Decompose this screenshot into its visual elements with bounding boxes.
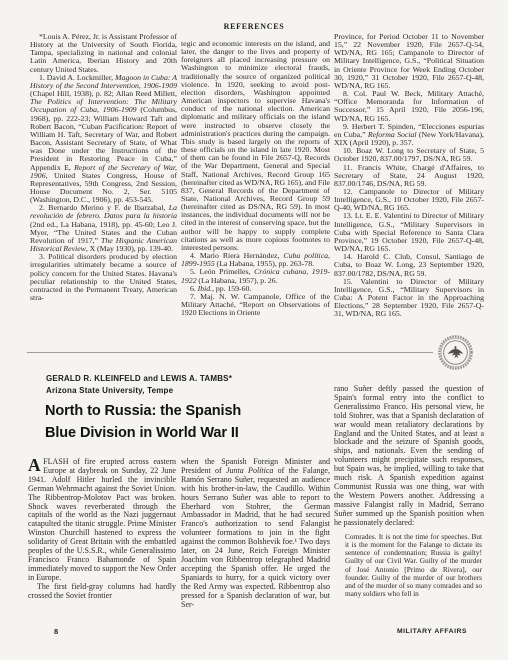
paragraph: 9. Herbert T. Spinden, “Elecciones espur… xyxy=(334,123,484,147)
paragraph: 10. Boaz W. Long to Secretary of State, … xyxy=(334,147,484,163)
section-divider-rule xyxy=(27,352,433,353)
paragraph: 11. Francis White, Chargé d'Affaires, to… xyxy=(334,164,484,188)
references-column-1: *Louis A. Pérez, Jr. is Assistant Profes… xyxy=(30,33,177,302)
paragraph: 8. Col. Paul W. Beck, Military Attaché, … xyxy=(334,90,484,123)
paragraph: 5. León Primelles, Crónica cubana, 1919-… xyxy=(181,268,330,284)
paragraph: 13. Lt. E. E. Valentini to Director of M… xyxy=(334,212,484,253)
article-body-column-3: rano Suñer deftly passed the question of… xyxy=(334,385,484,599)
article-title-line-1: North to Russia: the Spanish xyxy=(45,401,241,423)
article-body-column-1: AFLASH of fire erupted across eastern Eu… xyxy=(28,458,176,601)
drop-cap: A xyxy=(28,458,43,473)
paragraph: The first field-gray columns had hardly … xyxy=(28,583,176,601)
paragraph: Comrades. It is not the time for speeche… xyxy=(345,533,482,599)
paragraph: 12. Campanole to Director of Military In… xyxy=(334,188,484,212)
paragraph: 14. Harold C. Club, Consul, Santiago de … xyxy=(334,253,484,277)
paragraph: Province, for Period October 11 to Novem… xyxy=(334,33,484,90)
paragraph: 7. Maj. N. W. Campanole, Office of the M… xyxy=(181,293,330,317)
paragraph: 3. Political disorders produced by elect… xyxy=(30,253,177,302)
paragraph: AFLASH of fire erupted across eastern Eu… xyxy=(28,458,176,583)
paragraph: *Louis A. Pérez, Jr. is Assistant Profes… xyxy=(30,33,177,74)
paragraph: 4. Mario Riera Hernández, Cuba política,… xyxy=(181,252,330,268)
article-title-line-2: Blue Division in World War II xyxy=(45,423,241,445)
paragraph: tegic and economic interests on the isla… xyxy=(181,40,330,252)
article-title: North to Russia: the Spanish Blue Divisi… xyxy=(45,401,241,444)
paragraph: 2. Bernardo Merino y F. de Ibarzabal, La… xyxy=(30,204,177,253)
references-column-2: tegic and economic interests on the isla… xyxy=(181,40,330,317)
article-byline: GERALD R. KLEINFELD and LEWIS A. TAMBS* … xyxy=(46,374,232,395)
references-heading: REFERENCES xyxy=(0,22,508,31)
article-body-column-2: when the Spanish Foreign Minister and Pr… xyxy=(181,458,330,609)
paragraph: rano Suñer deftly passed the question of… xyxy=(334,385,484,528)
journal-seal-icon xyxy=(437,334,474,371)
paragraph: when the Spanish Foreign Minister and Pr… xyxy=(181,458,330,609)
page-number: 8 xyxy=(54,627,58,636)
article-affiliation: Arizona State University, Tempe xyxy=(46,386,232,395)
references-column-3: Province, for Period October 11 to Novem… xyxy=(334,33,484,318)
journal-name: MILITARY AFFAIRS xyxy=(397,628,467,635)
article-authors: GERALD R. KLEINFELD and LEWIS A. TAMBS* xyxy=(46,374,232,383)
paragraph: 1. David A. Lockmiller, Magoon in Cuba: … xyxy=(30,74,177,205)
paragraph: 15. Valentini to Director of Military In… xyxy=(334,278,484,319)
